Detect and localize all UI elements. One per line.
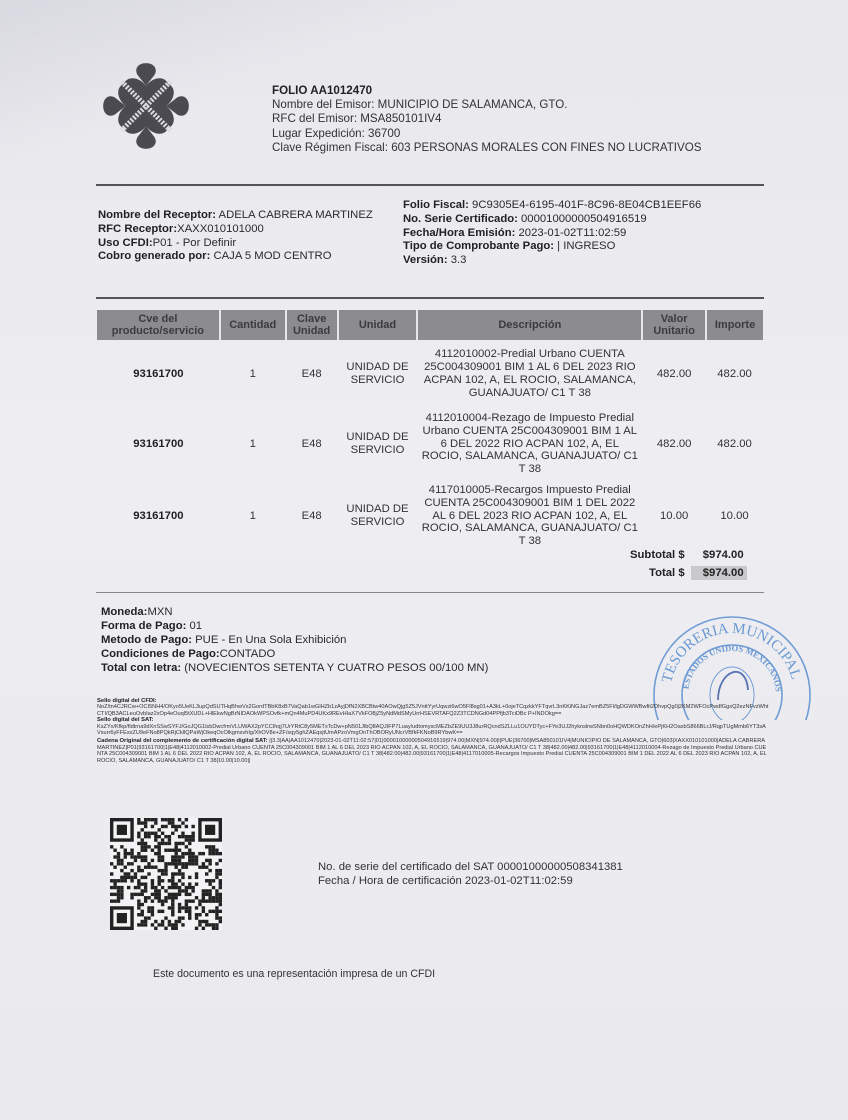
totals: Subtotal $ $974.00 Total $ $974.00 (630, 546, 747, 582)
receiver-info: Nombre del Receptor: ADELA CABRERA MARTI… (98, 209, 373, 264)
issuer-regime: Clave Régimen Fiscal: 603 PERSONAS MORAL… (272, 141, 702, 155)
metodo-pago-label: Metodo de Pago: (101, 634, 192, 646)
tipo-comprobante-label: Tipo de Comprobante Pago: (403, 240, 554, 252)
unit-key: E48 (286, 340, 338, 408)
subtotal-value: $974.00 (691, 548, 747, 562)
unit: UNIDAD DE SERVICIO (338, 480, 418, 552)
subtotal-label: Subtotal $ (630, 549, 685, 561)
condiciones-pago-label: Condiciones de Pago: (101, 648, 220, 660)
product-code: 93161700 (97, 408, 220, 480)
folio-fiscal-label: Folio Fiscal: (403, 199, 469, 211)
issuer-place: Lugar Expedición: 36700 (272, 127, 702, 141)
moneda: MXN (147, 606, 172, 618)
sello-cfdi-label: Sello digital del CFDI: (97, 698, 157, 704)
version-label: Versión: (403, 254, 448, 266)
sat-cert-serial: No. de serie del certificado del SAT 000… (318, 860, 623, 874)
sello-sat-label: Sello digital del SAT: (97, 717, 154, 723)
quantity: 1 (220, 408, 286, 480)
table-row: 93161700 1 E48 UNIDAD DE SERVICIO 411201… (97, 340, 763, 408)
divider (96, 184, 764, 186)
municipal-logo-icon (95, 55, 197, 157)
stamp-inner-text: ESTADOS UNIDOS MEXICANOS (680, 643, 784, 693)
fecha-emision: 2023-01-02T11:02:59 (515, 227, 626, 239)
receiver-rfc: XAXX010101000 (177, 223, 264, 235)
payment-info: Moneda:MXN Forma de Pago: 01 Metodo de P… (101, 605, 488, 675)
tipo-comprobante: | INGRESO (554, 240, 615, 252)
unit-price: 10.00 (642, 480, 706, 552)
description: 4112010002-Predial Urbano CUENTA 25C0043… (417, 340, 642, 408)
quantity: 1 (220, 480, 286, 552)
receiver-name-label: Nombre del Receptor: (98, 209, 216, 221)
issuer-name: Nombre del Emisor: MUNICIPIO DE SALAMANC… (272, 98, 702, 112)
col-header: Unidad (338, 310, 418, 340)
cobro-label: Cobro generado por: (98, 250, 210, 262)
total-value: $974.00 (691, 566, 747, 580)
qr-code-icon (110, 818, 222, 930)
product-code: 93161700 (97, 340, 220, 408)
fiscal-info: Folio Fiscal: 9C9305E4-6195-401F-8C96-8E… (403, 199, 701, 268)
moneda-label: Moneda: (101, 606, 147, 618)
folio-fiscal: 9C9305E4-6195-401F-8C96-8E04CB1EEF66 (469, 199, 701, 211)
col-header: Valor Unitario (642, 310, 706, 340)
amount: 482.00 (706, 340, 763, 408)
issuer-header: FOLIO AA1012470 Nombre del Emisor: MUNIC… (272, 84, 702, 155)
unit-key: E48 (286, 408, 338, 480)
table-row: 93161700 1 E48 UNIDAD DE SERVICIO 411201… (97, 408, 763, 480)
forma-pago: 01 (186, 620, 202, 632)
fecha-emision-label: Fecha/Hora Emisión: (403, 227, 515, 239)
sat-cert-date: Fecha / Hora de certificación 2023-01-02… (318, 874, 623, 888)
unit-key: E48 (286, 480, 338, 552)
serie-certificado-label: No. Serie Certificado: (403, 213, 518, 225)
amount: 482.00 (706, 408, 763, 480)
metodo-pago: PUE - En Una Sola Exhibición (192, 634, 346, 646)
quantity: 1 (220, 340, 286, 408)
digital-seals: Sello digital del CFDI: NoZ/tn4CJRCw+OCI… (97, 698, 769, 764)
table-header-row: Cve del producto/servicio Cantidad Clave… (97, 310, 763, 340)
receiver-name: ADELA CABRERA MARTINEZ (216, 209, 373, 221)
issuer-rfc: RFC del Emisor: MSA850101IV4 (272, 112, 702, 126)
description: 4112010004-Rezago de Impuesto Predial Ur… (417, 408, 642, 480)
items-table: Cve del producto/servicio Cantidad Clave… (97, 310, 763, 552)
unit: UNIDAD DE SERVICIO (338, 408, 418, 480)
forma-pago-label: Forma de Pago: (101, 620, 186, 632)
unit-price: 482.00 (642, 340, 706, 408)
uso-cfdi: P01 - Por Definir (153, 237, 237, 249)
cadena-original-label: Cadena Original del complemento de certi… (97, 738, 268, 744)
unit: UNIDAD DE SERVICIO (338, 340, 418, 408)
description: 4117010005-Recargos Impuesto Predial CUE… (417, 480, 642, 552)
folio: FOLIO AA1012470 (272, 84, 702, 98)
unit-price: 482.00 (642, 408, 706, 480)
product-code: 93161700 (97, 480, 220, 552)
total-letra-label: Total con letra: (101, 662, 181, 674)
divider (96, 592, 764, 593)
sat-certification: No. de serie del certificado del SAT 000… (318, 860, 623, 888)
col-header: Clave Unidad (286, 310, 338, 340)
receiver-rfc-label: RFC Receptor: (98, 223, 177, 235)
serie-certificado: 00001000000504916519 (518, 213, 647, 225)
col-header: Cve del producto/servicio (97, 310, 220, 340)
amount: 10.00 (706, 480, 763, 552)
total-letra: (NOVECIENTOS SETENTA Y CUATRO PESOS 00/1… (181, 662, 488, 674)
version: 3.3 (448, 254, 467, 266)
col-header: Descripción (417, 310, 642, 340)
sello-cfdi: NoZ/tn4CJRCw+OCI5NH4/OKyo5UeKL3upQdSUTHq… (97, 704, 769, 717)
col-header: Cantidad (220, 310, 286, 340)
condiciones-pago: CONTADO (220, 648, 276, 660)
svg-text:ESTADOS UNIDOS MEXICANOS: ESTADOS UNIDOS MEXICANOS (680, 643, 784, 693)
table-row: 93161700 1 E48 UNIDAD DE SERVICIO 411701… (97, 480, 763, 552)
cobro: CAJA 5 MOD CENTRO (210, 250, 331, 262)
sello-sat: KsZYx/Kfkp/fldtrna9dXnSSwSYFJ/GoJQG1lsbD… (97, 724, 769, 737)
total-label: Total $ (649, 567, 685, 579)
uso-cfdi-label: Uso CFDI: (98, 237, 153, 249)
divider (96, 297, 764, 299)
footer-note: Este documento es una representación imp… (153, 968, 435, 980)
col-header: Importe (706, 310, 763, 340)
